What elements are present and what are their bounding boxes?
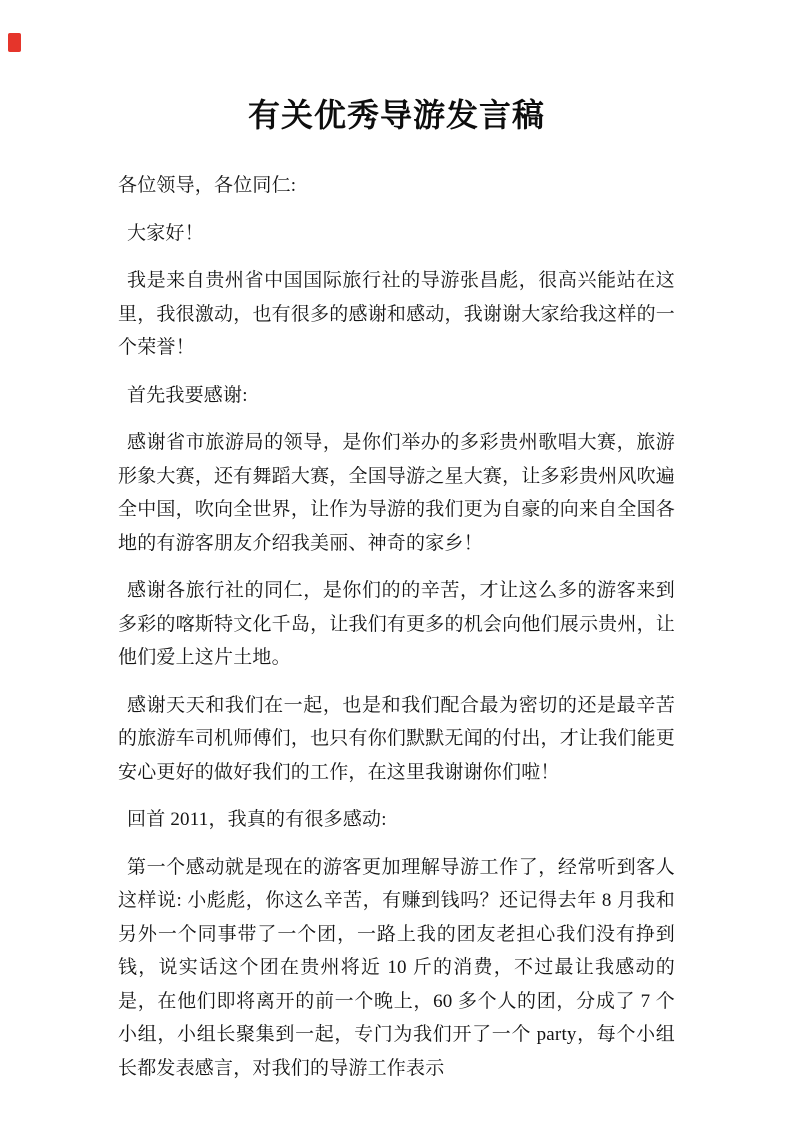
paragraph: 大家好！ [118, 217, 675, 251]
paragraph: 首先我要感谢: [118, 379, 675, 413]
document-page: 有关优秀导游发言稿 各位领导，各位同仁:大家好！我是来自贵州省中国国际旅行社的导… [0, 0, 793, 1122]
paragraph: 各位领导，各位同仁: [118, 169, 675, 203]
document-body: 各位领导，各位同仁:大家好！我是来自贵州省中国国际旅行社的导游张昌彪，很高兴能站… [118, 169, 675, 1085]
paragraph: 感谢各旅行社的同仁，是你们的的辛苦，才让这么多的游客来到多彩的喀斯特文化千岛，让… [118, 574, 675, 675]
paragraph: 回首 2011，我真的有很多感动: [118, 803, 675, 837]
document-content: 有关优秀导游发言稿 各位领导，各位同仁:大家好！我是来自贵州省中国国际旅行社的导… [118, 0, 675, 1099]
red-logo-icon [8, 33, 21, 52]
paragraph: 第一个感动就是现在的游客更加理解导游工作了，经常听到客人这样说: 小彪彪，你这么… [118, 851, 675, 1086]
paragraph: 感谢省市旅游局的领导，是你们举办的多彩贵州歌唱大赛，旅游形象大赛，还有舞蹈大赛，… [118, 426, 675, 560]
document-title: 有关优秀导游发言稿 [118, 92, 675, 138]
paragraph: 我是来自贵州省中国国际旅行社的导游张昌彪，很高兴能站在这里，我很激动，也有很多的… [118, 264, 675, 365]
paragraph: 感谢天天和我们在一起，也是和我们配合最为密切的还是最辛苦的旅游车司机师傅们，也只… [118, 689, 675, 790]
